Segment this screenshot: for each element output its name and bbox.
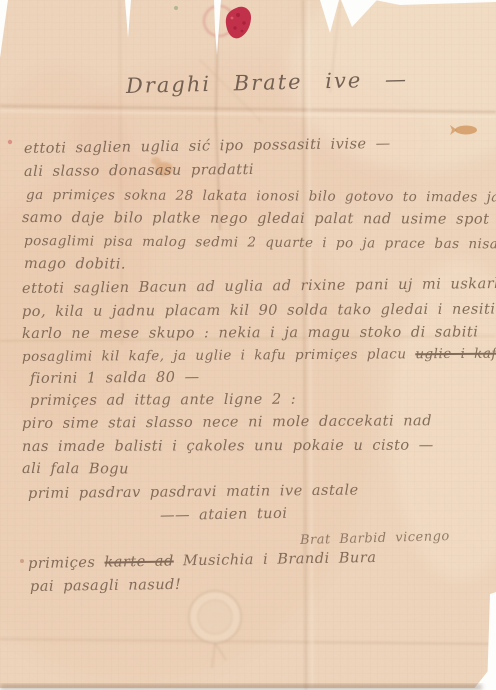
letter-line-text: posaglimi kil kafe, ja uglie i kafu prim… [22, 346, 415, 365]
letter-line: piro sime stai slasso nece ni mole dacce… [22, 413, 432, 432]
letter-line-text: Musichia i Brandi Bura [174, 550, 377, 570]
letter-line: posaglimi pisa malog sedmi 2 quarte i po… [24, 233, 496, 253]
letter-line: primiçes ad ittag ante ligne 2 : [30, 392, 296, 409]
letter-line: samo daje bilo platke nego gledai palat … [22, 210, 489, 228]
letter-line: po, kila u jadnu placam kil 90 solda tak… [22, 302, 496, 320]
letter-line: ettoti saglien uglia sić ipo possasiti i… [24, 136, 391, 157]
letter-line: primi pasdrav pasdravi matin ive astale [28, 483, 359, 502]
letter-signoff: —— ataien tuoi [160, 506, 288, 524]
letter-line: karlo ne mese skupo : nekia i ja magu st… [22, 324, 478, 342]
letter-line-with-correction: posaglimi kil kafe, ja uglie i kafu prim… [22, 346, 496, 365]
struck-text: uglie i kafu [415, 346, 496, 363]
letter-line: ga primiçes sokna 28 lakata ionosi bilo … [26, 187, 496, 206]
letter-line-text: primiçes [28, 555, 105, 572]
letter-line: fiorini 1 salda 80 — [30, 370, 200, 387]
letter-line: ali slasso donasasu pradatti [24, 162, 254, 180]
letter-line: ettoti saglien Bacun ad uglia ad rixine … [22, 276, 496, 297]
handwriting-layer: Draghi Brate ive — ettoti saglien uglia … [0, 0, 496, 690]
scanned-letter-photo: Draghi Brate ive — ettoti saglien uglia … [0, 0, 496, 690]
struck-text: karte ad [104, 553, 174, 570]
letter-heading: Draghi Brate ive — [126, 67, 408, 98]
letter-line: pai pasagli nasud! [30, 577, 181, 595]
letter-signature: Brat Barbid vicengo [300, 529, 450, 548]
letter-line: nas imade balisti i çakoles unu pokaie u… [22, 438, 434, 455]
letter-line: mago dobiti. [24, 256, 126, 273]
letter-line: ali fala Bogu [22, 461, 129, 477]
letter-line-with-correction: primiçes karte ad Musichia i Brandi Bura [28, 550, 377, 572]
